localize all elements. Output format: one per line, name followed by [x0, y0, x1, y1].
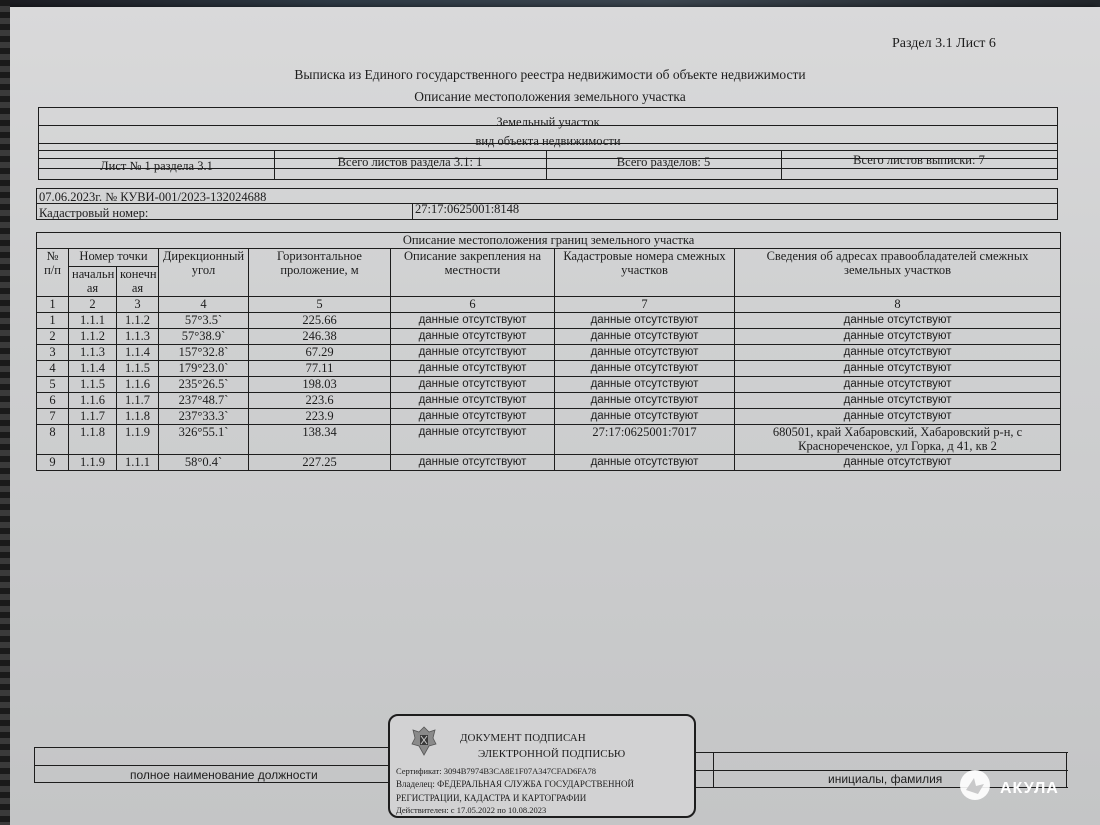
stamp-validity: Действителен: с 17.05.2022 по 10.08.2023: [396, 805, 546, 815]
adjacent-cadastral-number: данные отсутствуют: [555, 409, 735, 425]
start-point: 1.1.5: [69, 377, 117, 393]
header-fixing: Описание закрепления на местности: [391, 249, 555, 297]
header-start-point: начальн ая: [69, 267, 117, 297]
horizontal-length: 246.38: [249, 329, 391, 345]
cadastral-number: 27:17:0625001:8148: [415, 202, 519, 216]
name-caption: инициалы, фамилия: [828, 772, 942, 786]
adjacent-cadastral-number: данные отсутствуют: [555, 345, 735, 361]
horizontal-length: 77.11: [249, 361, 391, 377]
document-title: Выписка из Единого государственного реес…: [0, 67, 1100, 83]
fixing-description: данные отсутствуют: [391, 393, 555, 409]
row-number: 3: [37, 345, 69, 361]
owner-address: данные отсутствуют: [735, 377, 1061, 393]
document-subtitle: Описание местоположения земельного участ…: [0, 89, 1100, 105]
signature-line-top-right: [696, 752, 1068, 753]
directional-angle: 237°48.7`: [159, 393, 249, 409]
table-row: 31.1.31.1.4157°32.8`67.29данные отсутств…: [37, 345, 1061, 361]
adjacent-cadastral-number: данные отсутствуют: [555, 455, 735, 471]
column-numbers-row: 12345678: [37, 297, 1061, 313]
fixing-description: данные отсутствуют: [391, 377, 555, 393]
start-point: 1.1.3: [69, 345, 117, 361]
header-owners-addresses: Сведения об адресах правообладателей сме…: [735, 249, 1061, 297]
shark-logo-icon: [958, 768, 992, 802]
adjacent-cadastral-number: 27:17:0625001:7017: [555, 425, 735, 455]
end-point: 1.1.8: [117, 409, 159, 425]
signature-line-bottom-left: [34, 782, 390, 783]
row-number: 4: [37, 361, 69, 377]
record-date-number: 07.06.2023г. № КУВИ-001/2023-132024688: [39, 190, 266, 204]
owner-address: данные отсутствуют: [735, 345, 1061, 361]
start-point: 1.1.1: [69, 313, 117, 329]
adjacent-cadastral-number: данные отсутствуют: [555, 329, 735, 345]
binder-edge: [0, 0, 10, 825]
end-point: 1.1.7: [117, 393, 159, 409]
sheet-label: Раздел 3.1 Лист 6: [892, 36, 996, 52]
owner-address: данные отсутствуют: [735, 329, 1061, 345]
header-angle: Дирекционный угол: [159, 249, 249, 297]
stamp-owner-line1: Владелец: ФЕДЕРАЛЬНАЯ СЛУЖБА ГОСУДАРСТВЕ…: [396, 779, 634, 789]
row-number: 7: [37, 409, 69, 425]
boundaries-table: Описание местоположения границ земельног…: [36, 232, 1061, 471]
signature-line-mid-left: [34, 765, 390, 766]
directional-angle: 57°3.5`: [159, 313, 249, 329]
header-end-point: конечн ая: [117, 267, 159, 297]
directional-angle: 179°23.0`: [159, 361, 249, 377]
horizontal-length: 198.03: [249, 377, 391, 393]
owner-address: данные отсутствуют: [735, 455, 1061, 471]
column-number: 4: [159, 297, 249, 313]
table-row: 41.1.41.1.5179°23.0`77.11данные отсутств…: [37, 361, 1061, 377]
fixing-description: данные отсутствуют: [391, 329, 555, 345]
row-number: 5: [37, 377, 69, 393]
start-point: 1.1.7: [69, 409, 117, 425]
record-block: 07.06.2023г. № КУВИ-001/2023-132024688 К…: [36, 188, 1058, 220]
coat-of-arms-icon: [410, 724, 438, 758]
signature-line-mid-right: [696, 770, 1068, 771]
table-row: 11.1.11.1.257°3.5`225.66данные отсутству…: [37, 313, 1061, 329]
electronic-signature-stamp: ДОКУМЕНТ ПОДПИСАН ЭЛЕКТРОННОЙ ПОДПИСЬЮ С…: [388, 714, 696, 818]
header-length: Горизонтальное проложение, м: [249, 249, 391, 297]
column-number: 2: [69, 297, 117, 313]
horizontal-length: 223.6: [249, 393, 391, 409]
owner-address: 680501, край Хабаровский, Хабаровский р-…: [735, 425, 1061, 455]
horizontal-length: 227.25: [249, 455, 391, 471]
adjacent-cadastral-number: данные отсутствуют: [555, 361, 735, 377]
sheet-info-row: Лист № 1 раздела 3.1 Всего листов раздел…: [38, 150, 1058, 180]
end-point: 1.1.4: [117, 345, 159, 361]
fixing-description: данные отсутствуют: [391, 409, 555, 425]
row-number: 1: [37, 313, 69, 329]
position-caption: полное наименование должности: [130, 768, 318, 782]
watermark-text: АКУЛА: [1000, 780, 1059, 798]
column-number: 6: [391, 297, 555, 313]
column-number: 1: [37, 297, 69, 313]
table-row: 81.1.81.1.9326°55.1`138.34данные отсутст…: [37, 425, 1061, 455]
object-type-value: Земельный участок: [39, 115, 1057, 129]
row-number: 9: [37, 455, 69, 471]
fixing-description: данные отсутствуют: [391, 313, 555, 329]
start-point: 1.1.9: [69, 455, 117, 471]
adjacent-cadastral-number: данные отсутствуют: [555, 377, 735, 393]
table-row: 51.1.51.1.6235°26.5`198.03данные отсутст…: [37, 377, 1061, 393]
cadastral-label: Кадастровый номер:: [39, 206, 148, 220]
stamp-owner-line2: РЕГИСТРАЦИИ, КАДАСТРА И КАРТОГРАФИИ: [396, 793, 586, 803]
header-num: № п/п: [37, 249, 69, 297]
sheets-total: Всего листов выписки: 7: [781, 153, 1057, 167]
directional-angle: 157°32.8`: [159, 345, 249, 361]
table-row: 91.1.91.1.158°0.4`227.25данные отсутству…: [37, 455, 1061, 471]
row-number: 8: [37, 425, 69, 455]
sections-total: Всего разделов: 5: [546, 155, 781, 169]
column-number: 5: [249, 297, 391, 313]
fixing-description: данные отсутствуют: [391, 455, 555, 471]
horizontal-length: 67.29: [249, 345, 391, 361]
directional-angle: 326°55.1`: [159, 425, 249, 455]
fixing-description: данные отсутствуют: [391, 425, 555, 455]
start-point: 1.1.4: [69, 361, 117, 377]
stamp-line1: ДОКУМЕНТ ПОДПИСАН: [460, 732, 586, 744]
start-point: 1.1.8: [69, 425, 117, 455]
end-point: 1.1.2: [117, 313, 159, 329]
table-row: 61.1.61.1.7237°48.7`223.6данные отсутств…: [37, 393, 1061, 409]
stamp-certificate: Сертификат: 3094B7974B3CA8E1F07A347CFAD6…: [396, 766, 596, 776]
table-row: 21.1.21.1.357°38.9`246.38данные отсутств…: [37, 329, 1061, 345]
owner-address: данные отсутствуют: [735, 393, 1061, 409]
end-point: 1.1.5: [117, 361, 159, 377]
header-point-number: Номер точки: [69, 249, 159, 267]
owner-address: данные отсутствуют: [735, 361, 1061, 377]
table-row: 71.1.71.1.8237°33.3`223.9данные отсутств…: [37, 409, 1061, 425]
signature-line-top-left: [34, 747, 390, 748]
row-number: 6: [37, 393, 69, 409]
end-point: 1.1.6: [117, 377, 159, 393]
adjacent-cadastral-number: данные отсутствуют: [555, 313, 735, 329]
directional-angle: 237°33.3`: [159, 409, 249, 425]
owner-address: данные отсутствуют: [735, 409, 1061, 425]
horizontal-length: 223.9: [249, 409, 391, 425]
end-point: 1.1.1: [117, 455, 159, 471]
end-point: 1.1.9: [117, 425, 159, 455]
sheet-number: Лист № 1 раздела 3.1: [39, 159, 274, 173]
stamp-line2: ЭЛЕКТРОННОЙ ПОДПИСЬЮ: [478, 748, 625, 760]
horizontal-length: 225.66: [249, 313, 391, 329]
boundaries-title: Описание местоположения границ земельног…: [37, 233, 1061, 249]
directional-angle: 235°26.5`: [159, 377, 249, 393]
adjacent-cadastral-number: данные отсутствуют: [555, 393, 735, 409]
row-number: 2: [37, 329, 69, 345]
horizontal-length: 138.34: [249, 425, 391, 455]
fixing-description: данные отсутствуют: [391, 361, 555, 377]
start-point: 1.1.2: [69, 329, 117, 345]
sheets-in-section: Всего листов раздела 3.1: 1: [274, 155, 546, 169]
column-number: 8: [735, 297, 1061, 313]
header-adjacent-cadastral: Кадастровые номера смежных участков: [555, 249, 735, 297]
end-point: 1.1.3: [117, 329, 159, 345]
start-point: 1.1.6: [69, 393, 117, 409]
column-number: 3: [117, 297, 159, 313]
fixing-description: данные отсутствуют: [391, 345, 555, 361]
directional-angle: 57°38.9`: [159, 329, 249, 345]
directional-angle: 58°0.4`: [159, 455, 249, 471]
owner-address: данные отсутствуют: [735, 313, 1061, 329]
column-number: 7: [555, 297, 735, 313]
object-type-caption: вид объекта недвижимости: [39, 134, 1057, 148]
